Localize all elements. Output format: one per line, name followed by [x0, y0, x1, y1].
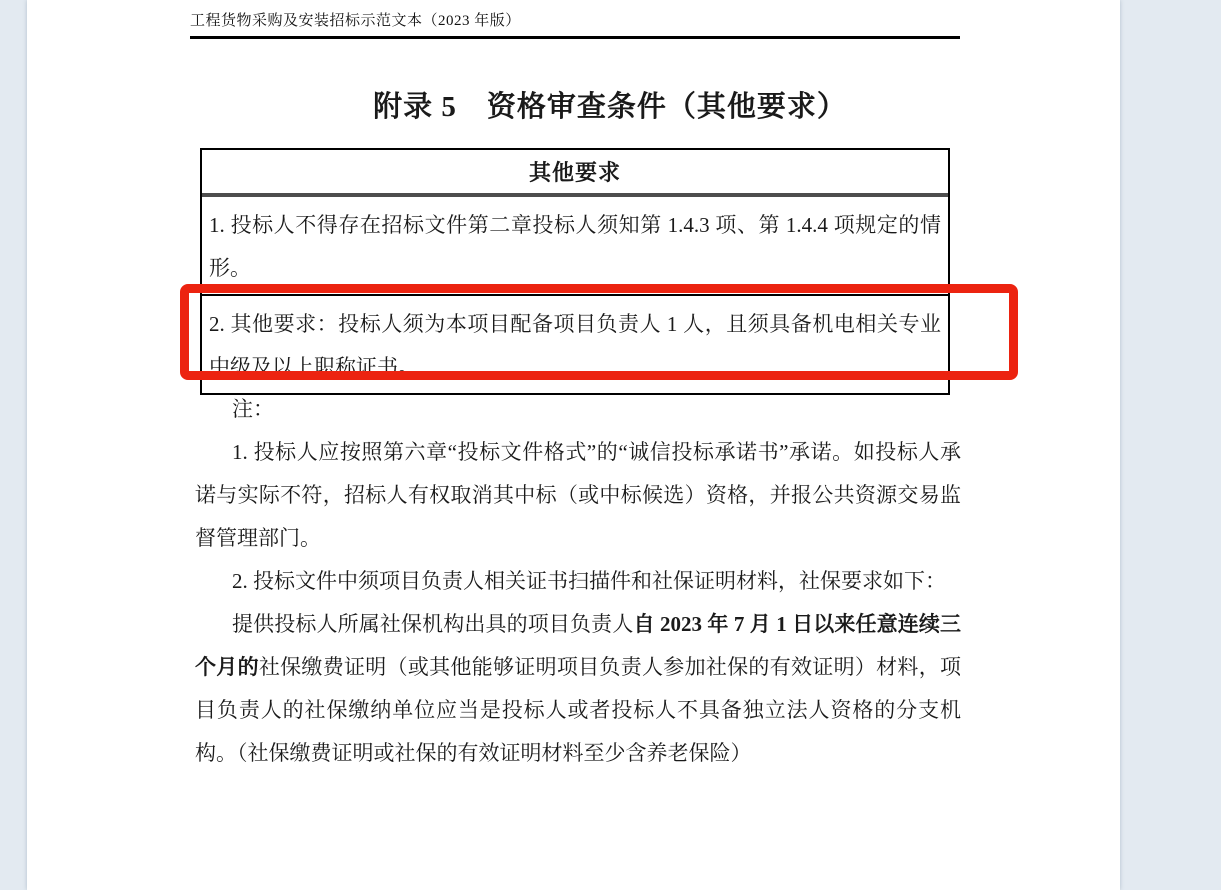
- social-paragraph-suffix: 社保缴费证明（或其他能够证明项目负责人参加社保的有效证明）材料，项目负责人的社保…: [195, 655, 961, 765]
- app-background: { "page": { "running_header": "工程货物采购及安装…: [0, 0, 1221, 890]
- red-highlight-annotation: [180, 284, 1018, 380]
- table-header-cell: 其他要求: [202, 150, 948, 197]
- note-item-1: 1. 投标人应按照第六章“投标文件格式”的“诚信投标承诺书”承诺。如投标人承诺与…: [195, 431, 961, 560]
- social-paragraph-prefix: 提供投标人所属社保机构出具的项目负责人: [232, 612, 633, 636]
- notes-section: 注： 1. 投标人应按照第六章“投标文件格式”的“诚信投标承诺书”承诺。如投标人…: [195, 388, 961, 775]
- document-title: 附录 5 资格审查条件（其他要求）: [190, 84, 960, 125]
- header-rule: [190, 36, 960, 39]
- table-row-requirement-1: 1. 投标人不得存在招标文件第二章投标人须知第 1.4.3 项、第 1.4.4 …: [202, 197, 948, 296]
- document-page: 工程货物采购及安装招标示范文本（2023 年版） 附录 5 资格审查条件（其他要…: [27, 0, 1120, 890]
- notes-label: 注：: [195, 388, 961, 431]
- note-item-2: 2. 投标文件中须项目负责人相关证书扫描件和社保证明材料，社保要求如下：: [195, 560, 961, 603]
- note-social-security-paragraph: 提供投标人所属社保机构出具的项目负责人自 2023 年 7 月 1 日以来任意连…: [195, 603, 961, 775]
- running-header: 工程货物采购及安装招标示范文本（2023 年版）: [190, 9, 960, 30]
